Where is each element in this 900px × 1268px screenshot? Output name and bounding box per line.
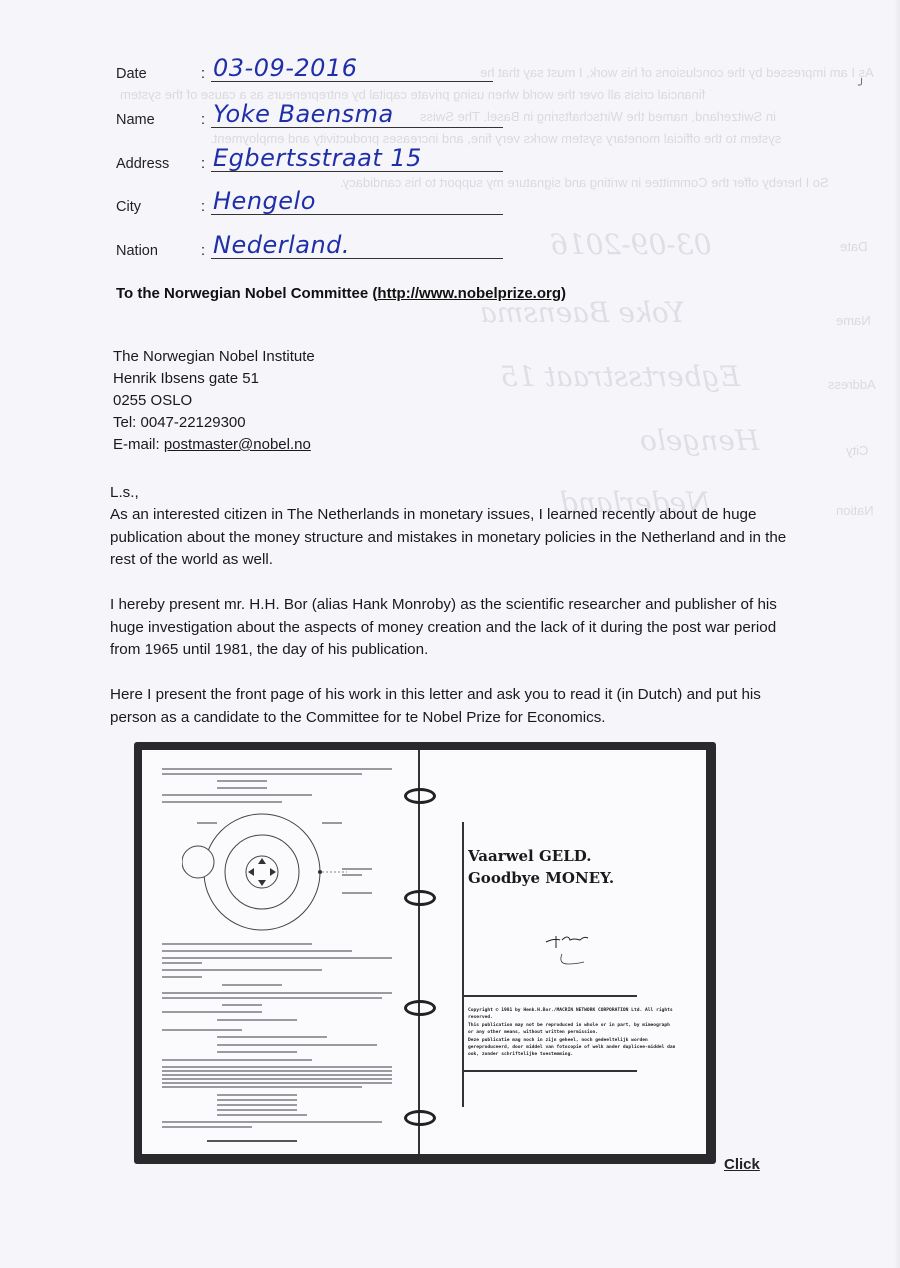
cover-rule	[462, 995, 637, 997]
field-colon: :	[201, 112, 211, 128]
email-link[interactable]: postmaster@nobel.no	[164, 436, 311, 453]
field-city: City : Hengelo	[116, 185, 503, 215]
recipient-line: 0255 OSLO	[113, 390, 315, 412]
paragraph-1: As an interested citizen in The Netherla…	[110, 504, 790, 572]
bleed-label: Date	[840, 236, 867, 258]
copyright-line: This publication may not be reproduced i…	[468, 1023, 678, 1036]
click-link[interactable]: Click	[724, 1156, 760, 1173]
page-edge	[894, 0, 900, 1268]
book-left-page	[162, 768, 402, 1148]
field-label: Address	[116, 156, 201, 172]
circle-diagram	[182, 810, 382, 935]
bleed-label: City	[846, 440, 868, 462]
name-value[interactable]: Yoke Baensma	[211, 101, 503, 128]
scan-mark: ╯	[858, 78, 865, 92]
city-value[interactable]: Hengelo	[211, 188, 503, 215]
field-date: Date : 03-09-2016	[116, 52, 493, 82]
letter-heading: To the Norwegian Nobel Committee (http:/…	[116, 285, 566, 302]
field-label: City	[116, 199, 201, 215]
author-signature	[544, 930, 604, 975]
field-colon: :	[201, 66, 211, 82]
field-label: Nation	[116, 243, 201, 259]
field-nation: Nation : Nederland.	[116, 229, 503, 259]
field-colon: :	[201, 156, 211, 172]
nobelprize-link[interactable]: http://www.nobelprize.org	[377, 285, 561, 302]
field-colon: :	[201, 243, 211, 259]
email-label: E-mail:	[113, 436, 164, 453]
paragraph-3: Here I present the front page of his wor…	[110, 684, 790, 729]
book-spine	[418, 750, 420, 1154]
field-address: Address : Egbertsstraat 15	[116, 142, 503, 172]
paragraph-2: I hereby present mr. H.H. Bor (alias Han…	[110, 594, 790, 662]
recipient-line: Tel: 0047-22129300	[113, 412, 315, 434]
bleed-line: As I am impressed by the conclusions of …	[480, 62, 874, 84]
date-value[interactable]: 03-09-2016	[211, 55, 493, 82]
bleed-value: Egbertsstraat 15	[500, 360, 740, 393]
book-title: Vaarwel GELD. Goodbye MONEY.	[468, 845, 614, 889]
address-value[interactable]: Egbertsstraat 15	[211, 145, 503, 172]
bleed-value: Hengelo	[640, 424, 759, 457]
book-title-dutch: Vaarwel GELD.	[468, 845, 614, 867]
book-title-english: Goodbye MONEY.	[468, 867, 614, 889]
heading-text: To the Norwegian Nobel Committee (	[116, 285, 377, 302]
field-name: Name : Yoke Baensma	[116, 98, 503, 128]
bleed-value: 03-09-2016	[550, 228, 711, 261]
field-label: Date	[116, 66, 201, 82]
book-front-page-image: Vaarwel GELD. Goodbye MONEY. Copyright ©…	[134, 742, 716, 1164]
copyright-line: Deze publicatie mag noch in zijn geheel,…	[468, 1038, 678, 1058]
field-colon: :	[201, 199, 211, 215]
heading-close: )	[561, 285, 566, 302]
copyright-line: Copyright © 1981 by Henk.H.Bor./MACRIN N…	[468, 1008, 678, 1021]
recipient-line: Henrik Ibsens gate 51	[113, 368, 315, 390]
bleed-label: Address	[828, 374, 876, 396]
copyright-notice: Copyright © 1981 by Henk.H.Bor./MACRIN N…	[468, 1008, 678, 1060]
bleed-label: Nation	[836, 500, 874, 522]
recipient-address: The Norwegian Nobel Institute Henrik Ibs…	[113, 346, 315, 456]
bleed-label: Name	[836, 310, 871, 332]
book-cover-page: Vaarwel GELD. Goodbye MONEY. Copyright ©…	[424, 750, 706, 1154]
field-label: Name	[116, 112, 201, 128]
recipient-line: The Norwegian Nobel Institute	[113, 346, 315, 368]
cover-rule	[462, 822, 464, 1107]
book-pages: Vaarwel GELD. Goodbye MONEY. Copyright ©…	[142, 750, 706, 1154]
nation-value[interactable]: Nederland.	[211, 232, 503, 259]
cover-rule	[462, 1070, 637, 1072]
salutation: L.s.,	[110, 482, 790, 505]
